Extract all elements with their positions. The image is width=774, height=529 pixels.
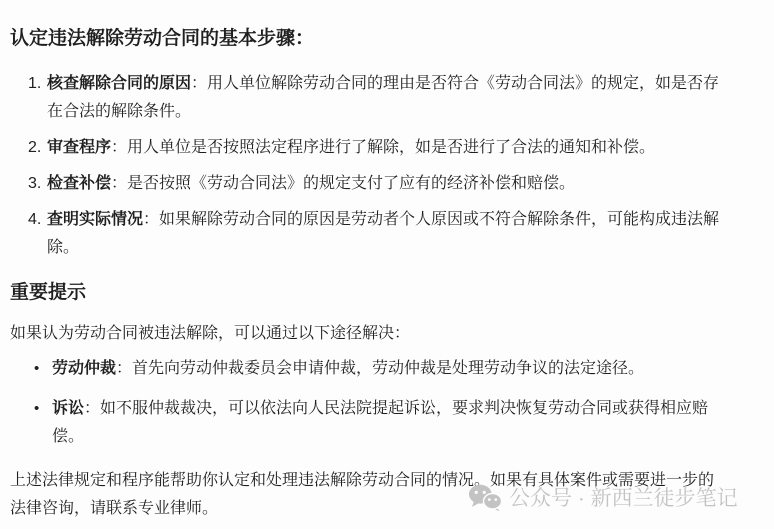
remedy-text: 劳动仲裁：首先向劳动仲裁委员会申请仲裁，劳动仲裁是处理劳动争议的法定途径。 [52,355,722,383]
colon: ： [84,400,100,417]
colon: ： [111,175,127,192]
colon: ： [111,139,127,156]
list-number: 4. [28,206,47,262]
notice-heading: 重要提示 [10,281,722,305]
list-number: 3. [28,170,47,198]
step-label: 核查解除合同的原因 [47,75,191,92]
list-number: 1. [28,70,47,126]
steps-list: 1. 核查解除合同的原因：用人单位解除劳动合同的理由是否符合《劳动合同法》的规定… [10,70,722,262]
step-text: 查明实际情况：如果解除劳动合同的原因是劳动者个人原因或不符合解除条件，可能构成违… [47,206,722,262]
list-item: • 劳动仲裁：首先向劳动仲裁委员会申请仲裁，劳动仲裁是处理劳动争议的法定途径。 [10,355,722,383]
bullet-icon: • [34,355,52,383]
step-text: 审查程序：用人单位是否按照法定程序进行了解除，如是否进行了合法的通知和补偿。 [47,134,722,162]
step-label: 审查程序 [47,139,111,156]
list-item: 1. 核查解除合同的原因：用人单位解除劳动合同的理由是否符合《劳动合同法》的规定… [10,70,722,126]
remedy-text: 诉讼：如不服仲裁裁决，可以依法向人民法院提起诉讼，要求判决恢复劳动合同或获得相应… [52,395,722,451]
list-item: 2. 审查程序：用人单位是否按照法定程序进行了解除，如是否进行了合法的通知和补偿… [10,134,722,162]
list-number: 2. [28,134,47,162]
step-text: 核查解除合同的原因：用人单位解除劳动合同的理由是否符合《劳动合同法》的规定，如是… [47,70,722,126]
remedy-body: 首先向劳动仲裁委员会申请仲裁，劳动仲裁是处理劳动争议的法定途径。 [132,360,644,377]
closing-paragraph: 上述法律规定和程序能帮助你认定和处理违法解除劳动合同的情况。如果有具体案件或需要… [10,467,722,523]
colon: ： [191,75,207,92]
list-item: 4. 查明实际情况：如果解除劳动合同的原因是劳动者个人原因或不符合解除条件，可能… [10,206,722,262]
remedy-label: 劳动仲裁 [52,360,116,377]
document-page: 认定违法解除劳动合同的基本步骤： 1. 核查解除合同的原因：用人单位解除劳动合同… [0,0,774,529]
notice-intro: 如果认为劳动合同被违法解除，可以通过以下途径解决： [10,320,722,348]
step-text: 检查补偿：是否按照《劳动合同法》的规定支付了应有的经济补偿和赔偿。 [47,170,722,198]
remedy-body: 如不服仲裁裁决，可以依法向人民法院提起诉讼，要求判决恢复劳动合同或获得相应赔偿。 [52,400,708,445]
step-body: 用人单位是否按照法定程序进行了解除，如是否进行了合法的通知和补偿。 [127,139,655,156]
remedy-label: 诉讼 [52,400,84,417]
bullet-icon: • [34,395,52,451]
list-item: • 诉讼：如不服仲裁裁决，可以依法向人民法院提起诉讼，要求判决恢复劳动合同或获得… [10,395,722,451]
step-label: 查明实际情况 [47,211,143,228]
step-body: 是否按照《劳动合同法》的规定支付了应有的经济补偿和赔偿。 [127,175,575,192]
step-label: 检查补偿 [47,175,111,192]
remedies-list: • 劳动仲裁：首先向劳动仲裁委员会申请仲裁，劳动仲裁是处理劳动争议的法定途径。 … [10,355,722,451]
page-title: 认定违法解除劳动合同的基本步骤： [10,27,722,51]
colon: ： [116,360,132,377]
list-item: 3. 检查补偿：是否按照《劳动合同法》的规定支付了应有的经济补偿和赔偿。 [10,170,722,198]
colon: ： [143,211,159,228]
